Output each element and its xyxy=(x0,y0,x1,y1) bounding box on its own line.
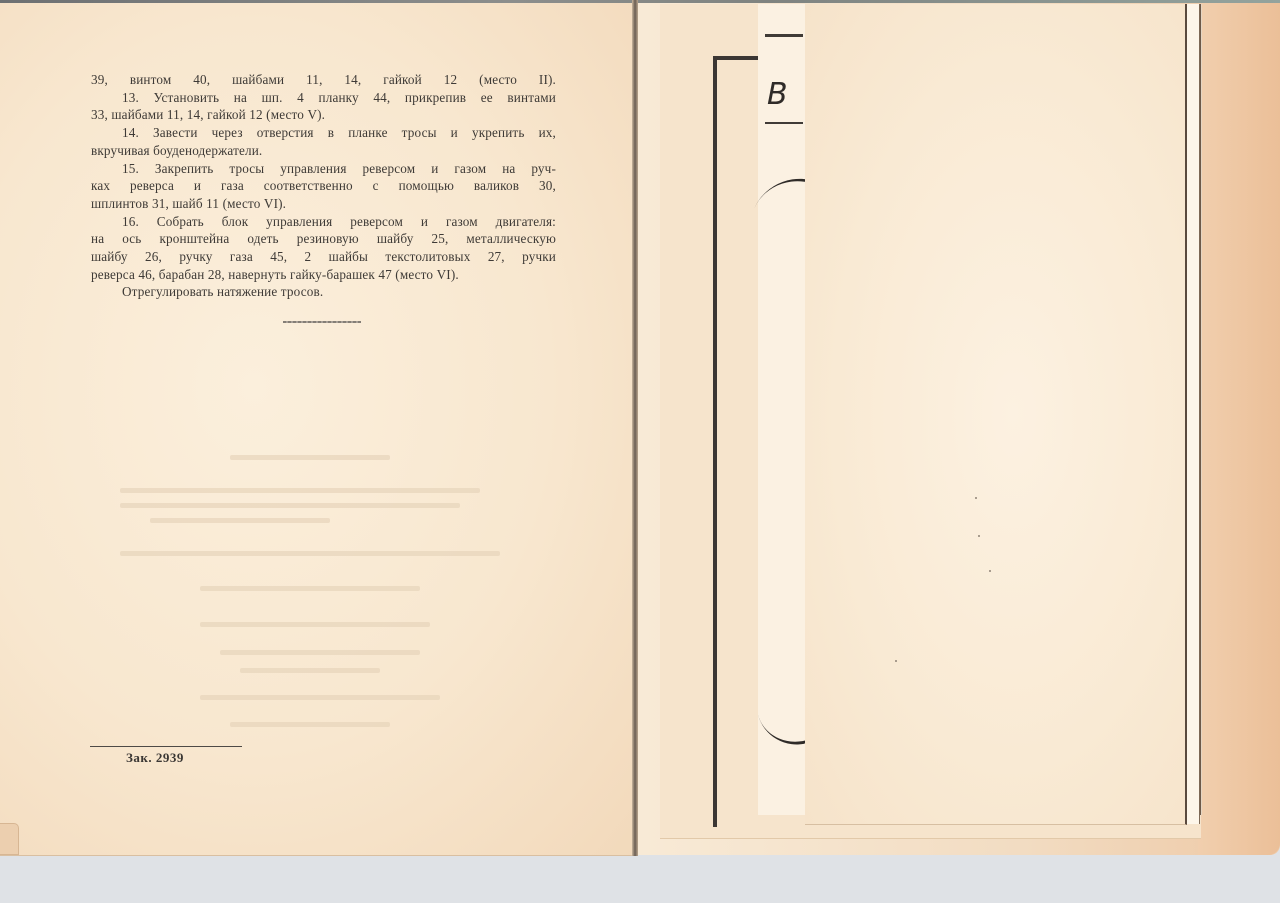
section-separator xyxy=(283,321,361,323)
step-16-line: на ось кронштейна одеть резиновую шайбу … xyxy=(91,230,556,248)
bleed-through-mark xyxy=(120,488,480,493)
bleed-through-mark xyxy=(230,455,390,460)
step-15-line: шплинтов 31, шайб 11 (место VI). xyxy=(91,195,556,213)
step-13-line: 13. Установить на шп. 4 планку 44, прикр… xyxy=(91,89,556,107)
step-16-line: 16. Собрать блок управления реверсом и г… xyxy=(91,213,556,231)
order-rule-line xyxy=(90,746,242,747)
step-13-line: 33, шайбами 11, 14, гайкой 12 (место V). xyxy=(91,106,556,124)
bleed-through-mark xyxy=(200,622,430,627)
bleed-through-mark xyxy=(220,650,420,655)
folded-sheet-front xyxy=(805,4,1187,825)
paragraph-line: 39, винтом 40, шайбами 11, 14, гайкой 12… xyxy=(91,71,556,89)
bleed-through-mark xyxy=(200,586,420,591)
bleed-through-mark xyxy=(120,503,460,508)
paper-speck xyxy=(989,570,991,572)
drawing-rule xyxy=(765,34,803,37)
bleed-through-mark xyxy=(230,722,390,727)
step-15-line: 15. Закрепить тросы управления реверсом … xyxy=(91,160,556,178)
drawing-frame-left xyxy=(713,57,717,827)
instruction-text: 39, винтом 40, шайбами 11, 14, гайкой 12… xyxy=(91,71,556,301)
step-14-line: 14. Завести через отверстия в планке тро… xyxy=(91,124,556,142)
order-number: Зак. 2939 xyxy=(126,750,184,766)
paper-speck xyxy=(978,535,980,537)
paper-speck xyxy=(975,497,977,499)
bleed-through-mark xyxy=(150,518,330,523)
paper-speck xyxy=(895,660,897,662)
step-16-line: реверса 46, барабан 28, навернуть гайку-… xyxy=(91,266,556,284)
page-edge-tab xyxy=(0,823,19,855)
drawing-frame-top xyxy=(713,56,759,60)
drawing-label-underline xyxy=(765,122,803,124)
step-15-line: ках реверса и газа соответственно с помо… xyxy=(91,177,556,195)
bleed-through-mark xyxy=(200,695,440,700)
cover-edge xyxy=(1198,3,1280,855)
step-16-line: шайбу 26, ручку газа 45, 2 шайбы текстол… xyxy=(91,248,556,266)
closing-line: Отрегулировать натяжение тросов. xyxy=(91,283,556,301)
sheet-edge xyxy=(1187,4,1200,824)
bleed-through-mark xyxy=(120,551,500,556)
step-14-line: вкручивая боуденодержатели. xyxy=(91,142,556,160)
drawing-label: B xyxy=(767,80,788,110)
bleed-through-mark xyxy=(240,668,380,673)
